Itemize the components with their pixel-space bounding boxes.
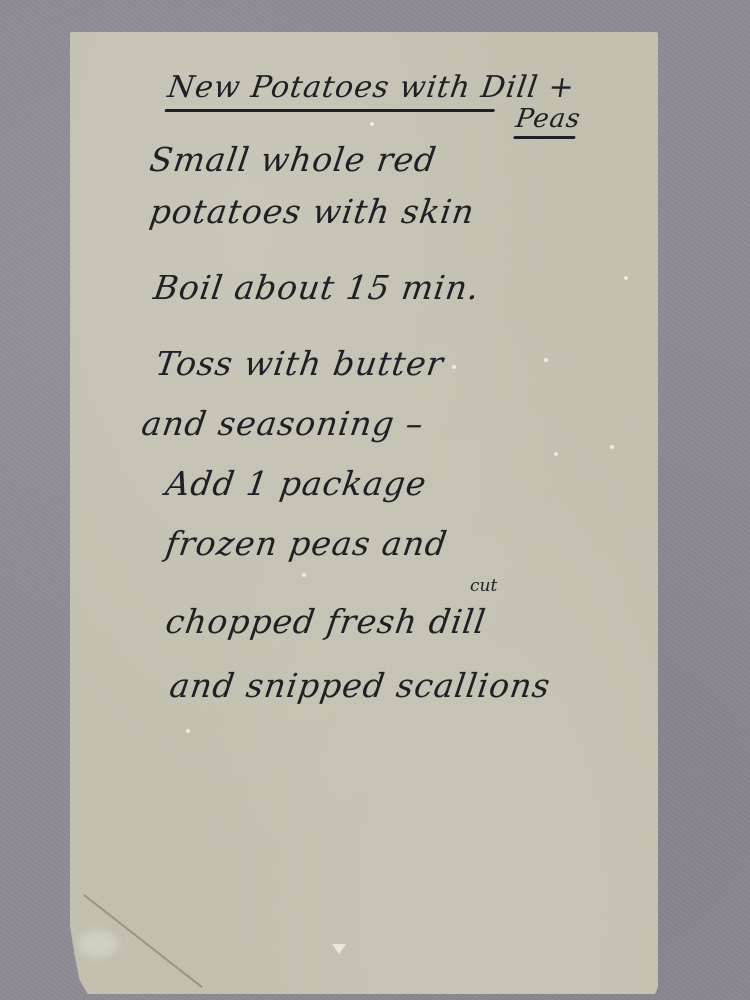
paper-speck [370,122,374,126]
paper-speck [186,729,190,733]
card-scuff [78,930,118,958]
recipe-line: and snipped scallions [167,666,553,705]
recipe-title-continued-text: Peas [514,104,583,134]
recipe-line: Add 1 package [163,464,429,503]
recipe-line: and seasoning – [139,404,426,443]
recipe-line: chopped fresh dill [163,602,488,641]
paper-speck [452,365,456,369]
title-continued-underline [513,136,575,139]
recipe-line: Toss with butter [153,344,446,383]
card-tear [332,944,346,954]
recipe-title-continued: Peas [514,104,583,134]
paper-speck [302,573,306,577]
paper-speck [544,358,548,362]
paper-speck [610,445,614,449]
title-underline [165,109,495,112]
recipe-title-text: New Potatoes with Dill + [166,70,578,105]
insertion-note: cut [470,576,497,596]
recipe-line: Boil about 15 min. [151,268,482,307]
recipe-line: frozen peas and [163,524,450,563]
recipe-line: Small whole red [147,140,439,179]
recipe-line: potatoes with skin [147,192,477,231]
recipe-title: New Potatoes with Dill + [166,70,578,105]
paper-speck [624,276,628,280]
paper-speck [554,452,558,456]
recipe-card: New Potatoes with Dill + Peas Small whol… [70,32,658,994]
